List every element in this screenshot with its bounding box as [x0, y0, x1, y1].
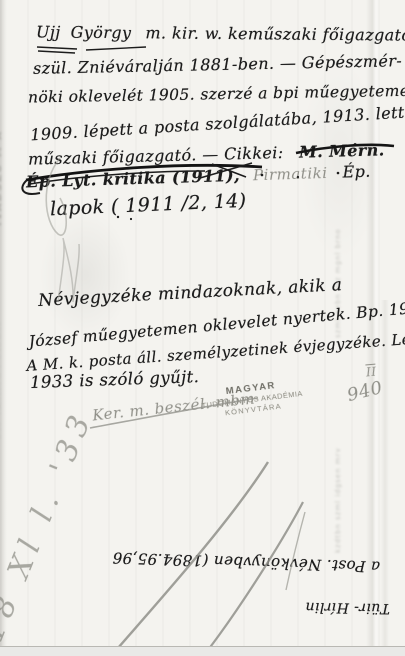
biblio-line-1: Névjegyzéke mindazoknak, akik a	[38, 275, 343, 311]
bleedthrough-text-left-bottom: ŐX IZNAGYVNÖN	[0, 320, 2, 441]
line6-pencil-word: Pirmatiki	[253, 164, 328, 184]
bleedthrough-text-left-top: IVADSZŰ M A	[0, 130, 4, 226]
note-line-2: szül. Zniéváralján 1881-ben. — Gépészmér…	[33, 51, 402, 78]
line6-struck-text: Ép. Lyt. kritika (1911),	[26, 166, 240, 192]
bleedthrough-text-right-bottom: kzdtbn szml idgsen mrv	[334, 447, 342, 553]
note-line-4: 1909. lépett a posta szolgálatába, 1913.…	[30, 103, 405, 145]
pencil-flourish	[46, 158, 66, 235]
ink-dot	[130, 218, 132, 220]
note-line-3: nöki oklevelét 1905. szerzé a bpi műegye…	[28, 82, 405, 107]
line5-struck-text: M. Mérn.	[299, 140, 385, 161]
scan-edge-bottom	[0, 646, 405, 656]
pencil-slash-2	[208, 502, 303, 650]
forename: György	[71, 23, 132, 43]
paper-smudge	[40, 210, 130, 340]
inverted-signature: Tüir- Hírlin	[250, 598, 390, 616]
pencil-date-vertical: 18 Xl l. '33	[0, 405, 101, 647]
underline-forename	[86, 47, 146, 50]
note-line-1: UjjGyörgym. kir. w. keműszaki főigazgató…	[36, 22, 405, 44]
underline-surname-2	[38, 51, 75, 53]
scanned-catalog-card: IVADSZŰ M A ŐX IZNAGYVNÖN szml aebn vtz …	[0, 0, 405, 656]
pencil-slash-3	[286, 512, 305, 590]
underline-surname-1	[37, 47, 77, 49]
line6-end: Ép.	[342, 162, 371, 182]
surname: Ujj	[36, 22, 61, 41]
note-line-7: lapok ( 1911 /2, 14)	[50, 190, 247, 221]
library-stamp: MAGYAR TUDOMÁNYOS AKADÉMIA KÖNYVTÁRA	[191, 376, 314, 421]
line1-rest: m. kir. w. keműszaki főigazgató.	[145, 23, 405, 44]
